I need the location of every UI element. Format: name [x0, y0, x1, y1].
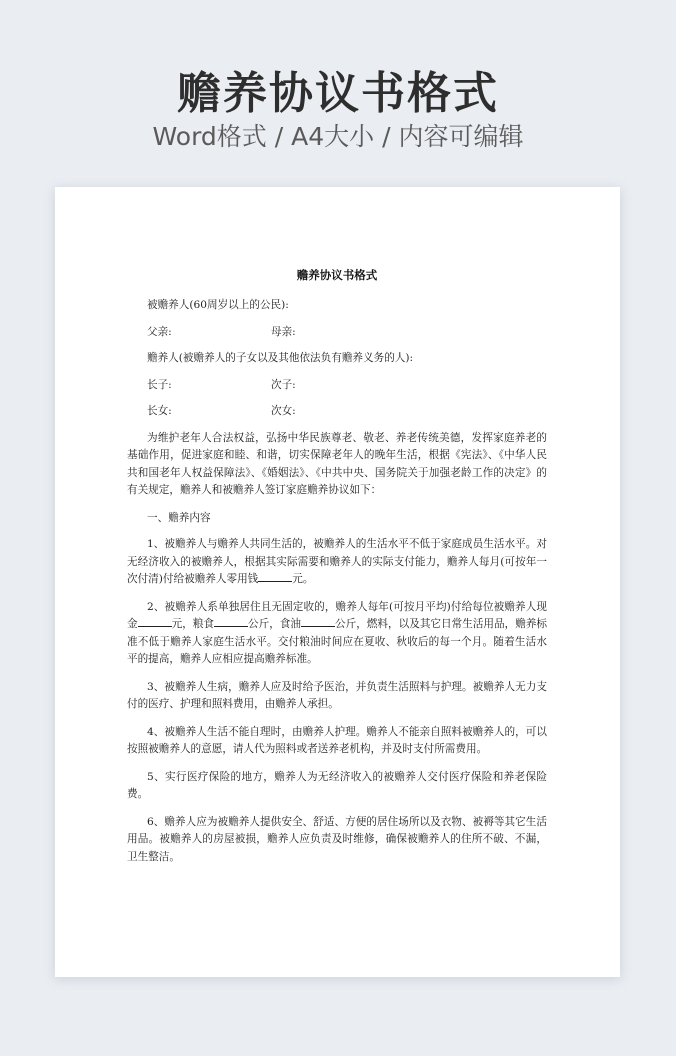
document-body: 赡养协议书格式 被赡养人(60周岁以上的公民): 父亲: 母亲: 赡养人(被赡养…: [127, 267, 547, 876]
document-page: 赡养协议书格式 被赡养人(60周岁以上的公民): 父亲: 母亲: 赡养人(被赡养…: [55, 187, 620, 977]
blank-field[interactable]: [258, 571, 292, 582]
banner-subtitle: Word格式 / A4大小 / 内容可编辑: [0, 120, 676, 154]
clause-2-grain: 元，粮食: [172, 618, 214, 630]
father-label: 父亲:: [147, 324, 271, 342]
parents-row: 父亲: 母亲:: [127, 324, 547, 342]
mother-label: 母亲:: [271, 324, 296, 342]
blank-field[interactable]: [301, 616, 335, 627]
blank-field[interactable]: [214, 616, 248, 627]
eldest-daughter-label: 长女:: [147, 403, 271, 421]
clause-4: 4、被赡养人生活不能自理时，由赡养人护理。赡养人不能亲自照料被赡养人的，可以按照…: [127, 724, 547, 759]
banner-title: 赡养协议书格式: [0, 66, 676, 122]
clause-1: 1、被赡养人与赡养人共同生活的，被赡养人的生活水平不低于家庭成员生活水平。对无经…: [127, 536, 547, 589]
clause-2-oil: 公斤，食油: [248, 618, 301, 630]
clause-6: 6、赡养人应为被赡养人提供安全、舒适、方便的居住场所以及衣物、被褥等其它生活用品…: [127, 814, 547, 867]
clause-3: 3、被赡养人生病，赡养人应及时给予医治，并负责生活照料与护理。被赡养人无力支付的…: [127, 679, 547, 714]
document-title: 赡养协议书格式: [127, 267, 547, 283]
second-daughter-label: 次女:: [271, 403, 296, 421]
eldest-son-label: 长子:: [147, 377, 271, 395]
blank-field[interactable]: [138, 616, 172, 627]
clause-1-text: 1、被赡养人与赡养人共同生活的，被赡养人的生活水平不低于家庭成员生活水平。对无经…: [127, 538, 547, 585]
daughters-row: 长女: 次女:: [127, 403, 547, 421]
sons-row: 长子: 次子:: [127, 377, 547, 395]
clause-2: 2、被赡养人系单独居住且无固定收的，赡养人每年(可按月平均)付给每位被赡养人现金…: [127, 599, 547, 669]
second-son-label: 次子:: [271, 377, 296, 395]
clause-5: 5、实行医疗保险的地方，赡养人为无经济收入的被赡养人交付医疗保险和养老保险费。: [127, 769, 547, 804]
supported-person-label: 被赡养人(60周岁以上的公民):: [127, 297, 547, 315]
section-heading: 一、赡养内容: [127, 510, 547, 528]
preamble-paragraph: 为维护老年人合法权益，弘扬中华民族尊老、敬老、养老传统美德，发挥家庭养老的基础作…: [127, 430, 547, 500]
supporter-label: 赡养人(被赡养人的子女以及其他依法负有赡养义务的人):: [127, 350, 547, 368]
clause-1-unit: 元。: [292, 573, 313, 585]
